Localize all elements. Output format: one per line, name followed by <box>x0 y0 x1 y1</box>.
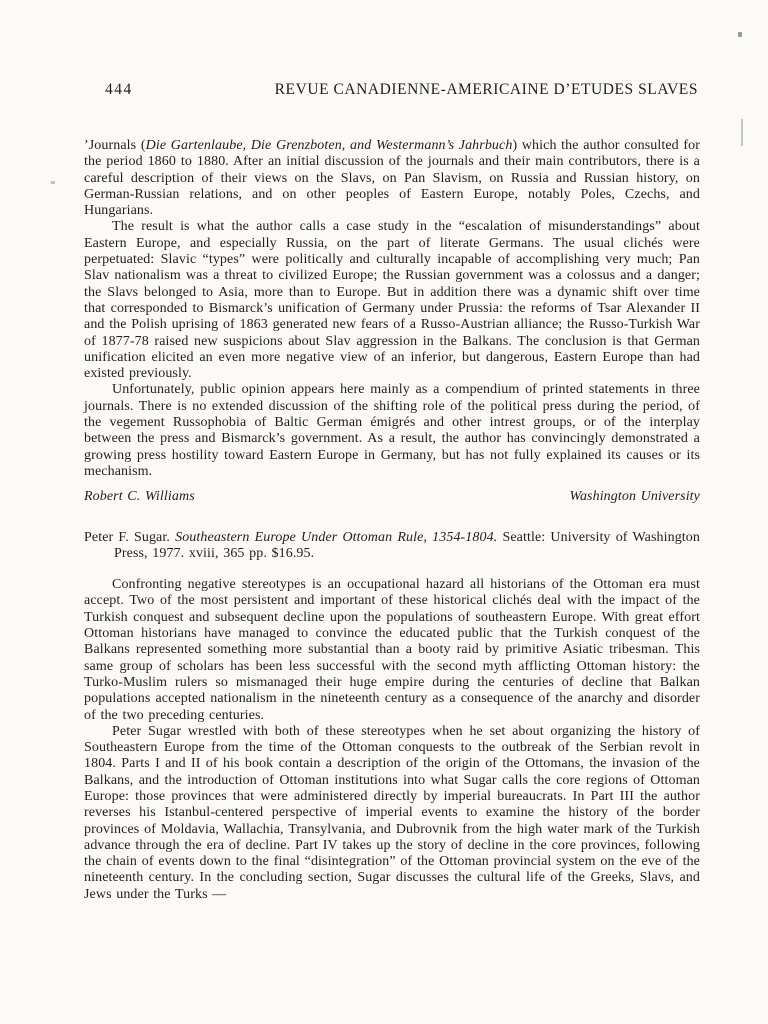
review-williams-paragraph-3: Unfortunately, public opinion appears he… <box>84 382 700 480</box>
citation-book-title-italic: Southeastern Europe Under Ottoman Rule, … <box>175 530 497 545</box>
reviewer-name: Robert C. Williams <box>84 489 195 505</box>
scan-artifact-speck <box>51 181 55 184</box>
review-signature-line: Robert C. Williams Washington University <box>84 489 700 505</box>
reviewer-affiliation: Washington University <box>569 489 700 505</box>
scan-artifact-streak <box>741 119 743 146</box>
journal-names-italic: Die Gartenlaube, Die Grenzboten, and Wes… <box>146 138 513 153</box>
paragraph-lead-text: ’Journals ( <box>84 138 146 153</box>
running-head: 444 REVUE CANADIENNE-AMERICAINE D’ETUDES… <box>105 81 698 99</box>
scan-artifact-speck <box>738 32 742 37</box>
review-williams-paragraph-1: ’Journals (Die Gartenlaube, Die Grenzbot… <box>84 138 700 219</box>
page-body: ’Journals (Die Gartenlaube, Die Grenzbot… <box>84 138 700 903</box>
scanned-journal-page: 444 REVUE CANADIENNE-AMERICAINE D’ETUDES… <box>0 0 768 1024</box>
page-number: 444 <box>105 81 133 99</box>
citation-author: Peter F. Sugar. <box>84 530 175 545</box>
journal-title: REVUE CANADIENNE-AMERICAINE D’ETUDES SLA… <box>275 81 698 99</box>
review-sugar-paragraph-1: Confronting negative stereotypes is an o… <box>84 577 700 724</box>
book-citation: Peter F. Sugar. Southeastern Europe Unde… <box>84 530 700 563</box>
review-williams-paragraph-2: The result is what the author calls a ca… <box>84 219 700 382</box>
review-sugar-paragraph-2: Peter Sugar wrestled with both of these … <box>84 724 700 903</box>
